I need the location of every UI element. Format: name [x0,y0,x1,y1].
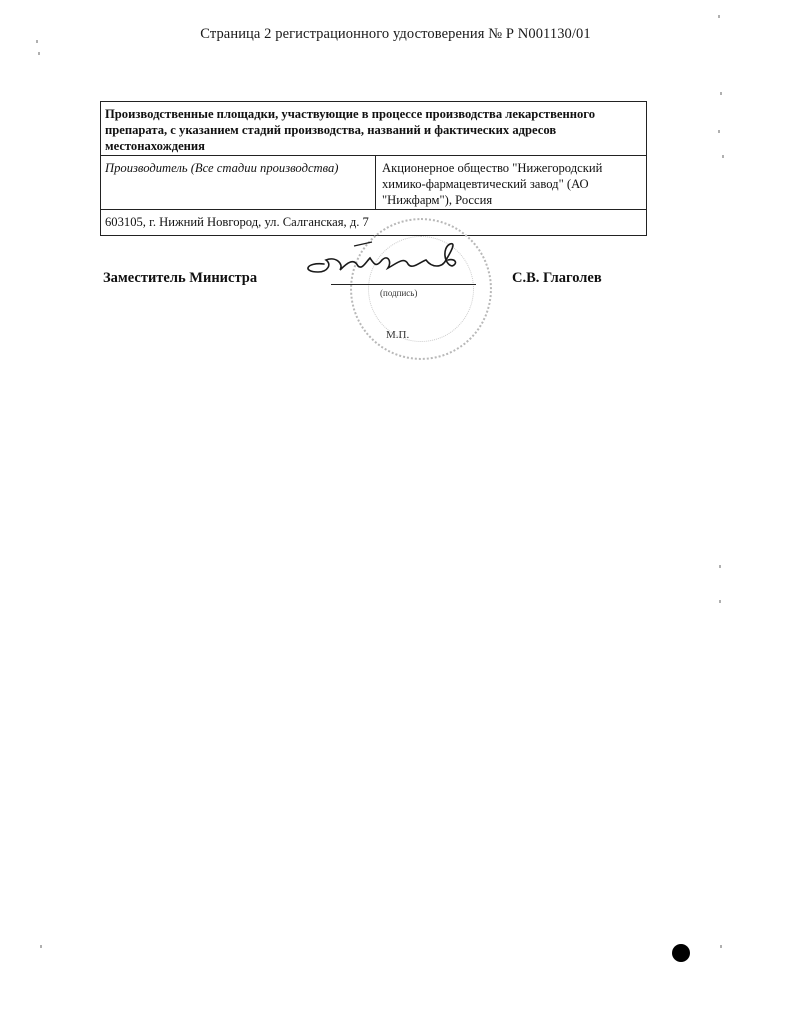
signer-name: С.В. Глаголев [512,270,602,287]
seal-label: М.П. [386,329,409,341]
handwritten-signature [296,234,476,280]
signature-line [331,284,476,285]
scan-noise [38,52,40,55]
producer-role: Производитель (Все стадии производства) [101,156,376,210]
scan-noise [40,945,42,948]
page-header: Страница 2 регистрационного удостоверени… [0,26,791,43]
production-sites-table: Производственные площадки, участвующие в… [100,101,647,236]
black-dot-mark [672,944,690,962]
producer-organization: Акционерное общество "Нижегородский хими… [376,156,647,210]
table-title-row: Производственные площадки, участвующие в… [101,102,647,156]
scan-noise [718,130,720,133]
signature-caption: (подпись) [380,288,417,298]
address-row: 603105, г. Нижний Новгород, ул. Салганск… [101,210,647,236]
table-row: Производитель (Все стадии производства) … [101,156,647,210]
scan-noise [719,565,721,568]
table-title: Производственные площадки, участвующие в… [101,102,647,156]
scan-noise [720,92,722,95]
signer-position: Заместитель Министра [103,270,257,287]
scan-noise [36,40,38,43]
scan-noise [720,945,722,948]
scan-noise [718,15,720,18]
producer-address: 603105, г. Нижний Новгород, ул. Салганск… [101,210,647,236]
scan-noise [722,155,724,158]
scan-noise [719,600,721,603]
